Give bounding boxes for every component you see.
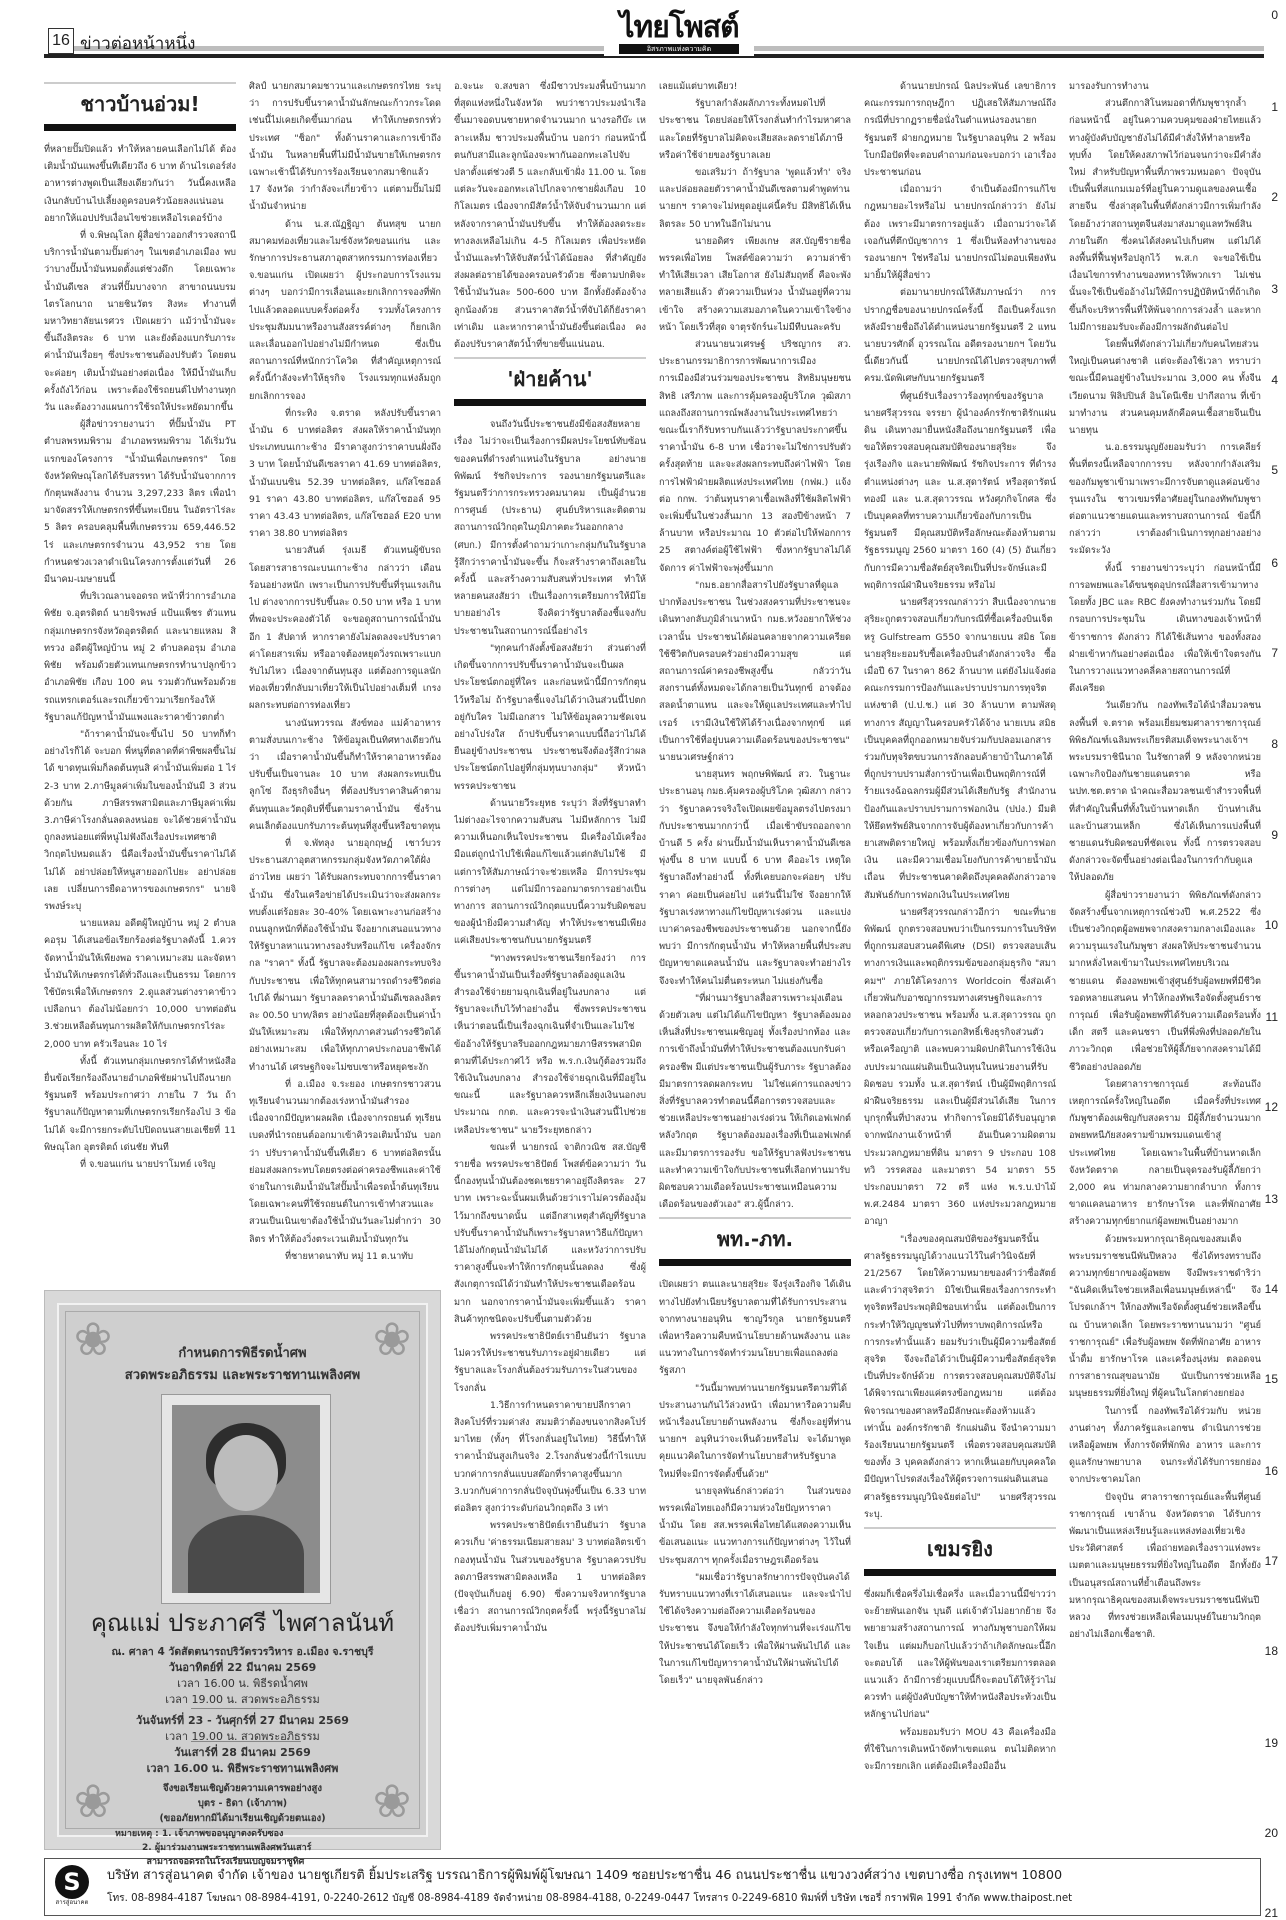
subhead-box: ชาวบ้านอ่วม! [44,82,236,131]
page-line-number: 16 [1265,1464,1278,1478]
page-line-number: 8 [1271,737,1278,751]
page-line-number: 17 [1265,1554,1278,1568]
publisher-contacts: โทร. 08-8984-4187 โฆษณา 08-8984-4191, 0-… [107,1890,1072,1908]
article-paragraph: ด้านนายวีระยุทธ ระบุว่า สิ่งที่รัฐบาลทำไ… [454,795,646,950]
article-body: ศิลป์ นายกสมาคมชาวนาและเกษตรกรไทย ระบุว่… [249,78,441,1265]
article-paragraph: ทั้งนี้ ตัวแทนกลุ่มเกษตรกรได้ทำหนังสือยื… [44,1053,236,1156]
section-title: ข่าวต่อหน้าหนึ่ง [80,30,195,57]
article-paragraph: รัฐบาลกำลังผลักภาระทั้งหมดไปที่ประชาชน โ… [659,95,851,164]
page-line-number: 13 [1265,1192,1278,1206]
publisher-info: บริษัท สารสู่อนาคต จำกัด เจ้าของ นายชูเก… [107,1866,1062,1886]
article-paragraph: ที่กระทิง จ.ตราด หลังปรับขึ้นราคาน้ำมัน … [249,405,441,543]
divider [191,1708,301,1709]
article-paragraph: เลยแม้แต่บาทเดียว! [659,78,851,95]
article-paragraph: "เรื่องของคุณสมบัติของรัฐมนตรีนั้น ศาลรั… [864,1231,1056,1523]
page-line-number: 15 [1265,1372,1278,1386]
column-5: ด้านนายปกรณ์ นิลประพันธ์ เลขาธิการคณะกรร… [864,78,1056,1775]
schedule-day-1: วันอาทิตย์ที่ 22 มีนาคม 2569 เวลา 16.00 … [59,1660,426,1708]
masthead: 16 ข่าวต่อหน้าหนึ่ง ไทยโพสต์ อิสรภาพแห่ง… [44,22,1264,56]
page-line-number: 7 [1271,646,1278,660]
column-2: ศิลป์ นายกสมาคมชาวนาและเกษตรกรไทย ระบุว่… [249,78,441,1265]
article-paragraph: ที่ จ.พัทลุง นายอุกฤษฏ์ เชาว์บวรประธานสภ… [249,835,441,1076]
article-paragraph: ซึ่งผมก็เชื่อครึ่งไม่เชื่อครึ่ง และเมื่อ… [864,1586,1056,1724]
article-body: จนถึงวันนี้ประชาชนยังมีข้อสงสัยหลายเรื่อ… [454,416,646,1637]
page-line-number: 12 [1265,1100,1278,1114]
article-body: ซึ่งผมก็เชื่อครึ่งไม่เชื่อครึ่ง และเมื่อ… [864,1586,1056,1775]
schedule-day-3: วันเสาร์ที่ 28 มีนาคม 2569 เวลา 16.00 น.… [59,1745,426,1777]
article-paragraph: ปัจจุบัน ศาลาราชการุณย์และพื้นที่ศูนย์รา… [1069,1489,1261,1644]
article-paragraph: ที่ชายหาดนาทับ หมู่ 11 ต.นาทับ [249,1248,441,1265]
article-paragraph: โดยศาลาราชการุณย์ สะท้อนถึงเหตุการณ์ครั้… [1069,1076,1261,1231]
column-6: มารองรับการทำงานส่วนตึกกาสิโนหมอดาที่กัม… [1069,78,1261,1643]
article-paragraph: ส่วนตึกกาสิโนหมอดาที่กัมพูชารุกล้ำก่อนหน… [1069,95,1261,336]
article-paragraph: "ทุกคนกำลังตั้งข้อสงสัยว่า ส่วนต่างที่เก… [454,640,646,795]
ad-title: กำหนดการพิธีรดน้ำศพ สวดพระอภิธรรม และพระ… [59,1343,426,1387]
subhead-box: เขมรยิง [864,1527,1056,1576]
page-line-number: 1 [1271,100,1278,114]
page-line-number: 14 [1265,1282,1278,1296]
article-paragraph: นายอดิศร เพียงเกษ สส.บัญชีรายชื่อ พรรคเพ… [659,233,851,336]
subhead-pt-bjt: พท.-ภท. [659,1219,851,1259]
article-paragraph: "ทางพรรคประชาชนเรียกร้องว่า การขึ้นราคาน… [454,950,646,1139]
article-paragraph: "ผมเชื่อว่ารัฐบาลรักษาการปัจจุบันคงได้รั… [659,1569,851,1689]
article-paragraph: ด้วยพระมหากรุณาธิคุณของสมเด็จพระบรมราชชน… [1069,1231,1261,1403]
article-paragraph: ส่วนนายนวเศรษฐ์ ปริชญากร สว. ประธานกรรมา… [659,336,851,577]
s-logo-icon: S [55,1865,89,1899]
page-line-number: 20 [1265,1826,1278,1840]
article-paragraph: นายสุนทร พฤกษพิพัฒน์ สว. ในฐานะประธานอนุ… [659,766,851,990]
page-line-number: 18 [1265,1644,1278,1658]
article-paragraph: "กมธ.อยากสื่อสารไปยังรัฐบาลที่ดูแลปากท้อ… [659,577,851,766]
venue: ณ. ศาลา 4 วัดสัตตนารถปริวัตรวรวิหาร อ.เม… [59,1643,426,1660]
article-paragraph: ที่หลายปั๊มปิดแล้ว ทำให้หลายคนเลือกไม่ได… [44,141,236,227]
article-paragraph: มารองรับการทำงาน [1069,78,1261,95]
article-paragraph: จนถึงวันนี้ประชาชนยังมีข้อสงสัยหลายเรื่อ… [454,416,646,640]
article-paragraph: ขณะที่ นายกรณ์ จาติกวณิช สส.บัญชีรายชื่อ… [454,1139,646,1328]
article-paragraph: "ถ้าราคาน้ำมันจะขึ้นไป 50 บาทก็ทำอย่างไร… [44,726,236,915]
page-line-number: 19 [1265,1736,1278,1750]
article-paragraph: ขอเสริมว่า ถ้ารัฐบาล 'พูดแล้วทำ' จริง แล… [659,164,851,233]
subhead-opposition: 'ฝ่ายค้าน' [454,359,646,399]
portrait-photo [162,1395,330,1603]
article-paragraph: ด้าน น.ส.ณัฏฐิญา ต้นทสุข นายกสมาคมท่องเท… [249,216,441,405]
article-paragraph: ที่ จ.พิษณุโลก ผู้สื่อข่าวออกสำรวจสถานีบ… [44,227,236,416]
article-paragraph: นายวสันต์ รุ่งเมธี ตัวแทนผู้ขับรถโดยสารส… [249,542,441,714]
article-paragraph: อ.จะนะ จ.สงขลา ซึ่งมีชาวประมงพื้นบ้านมาก… [454,78,646,353]
column-4: เลยแม้แต่บาทเดียว!รัฐบาลกำลังผลักภาระทั้… [659,78,851,1689]
page-line-number: 5 [1271,463,1278,477]
article-paragraph: ศิลป์ นายกสมาคมชาวนาและเกษตรกรไทย ระบุว่… [249,78,441,216]
page-line-number: 6 [1271,556,1278,570]
page-line-number: 0 [1271,8,1278,22]
funeral-announcement-ad: ❀ ❀ ❀ ❀ กำหนดการพิธีรดน้ำศพ สวดพระอภิธรร… [44,1290,441,1850]
article-paragraph: ที่ศูนย์รับเรื่องราวร้องทุกข์ของรัฐบาล น… [864,388,1056,594]
column-1: ชาวบ้านอ่วม! ที่หลายปั๊มปิดแล้ว ทำให้หลา… [44,78,236,1173]
invitation-text: จึงขอเรียนเชิญด้วยความเคารพอย่างสูง บุตร… [59,1781,426,1826]
article-paragraph: นายศรีสุวรรณกล่าวอีกว่า ขณะที่นายพิพัฒน์… [864,904,1056,1231]
article-paragraph: ต่อมานายปกรณ์ให้สัมภาษณ์ว่า การปรากฏชื่อ… [864,284,1056,387]
article-paragraph: พร้อมยอมรับว่า MOU 43 คือเครื่องมือที่ใช… [864,1724,1056,1776]
article-body: มารองรับการทำงานส่วนตึกกาสิโนหมอดาที่กัม… [1069,78,1261,1643]
article-paragraph: วันเดียวกัน กองทัพเรือได้นำสื่อมวลชนลงพื… [1069,697,1261,886]
subhead-khmer-shooting: เขมรยิง [864,1529,1056,1569]
deceased-name: คุณแม่ ประภาศรี ไพศาลนันท์ [59,1605,426,1641]
article-body: ด้านนายปกรณ์ นิลประพันธ์ เลขาธิการคณะกรร… [864,78,1056,1523]
page-line-number: 9 [1271,828,1278,842]
article-paragraph: ด้านนายปกรณ์ นิลประพันธ์ เลขาธิการคณะกรร… [864,78,1056,181]
publisher-footer: S สารสู่อนาคต บริษัท สารสู่อนาคต จำกัด เ… [44,1858,1261,1916]
column-3: อ.จะนะ จ.สงขลา ซึ่งมีชาวประมงพื้นบ้านมาก… [454,78,646,1638]
article-paragraph: น.อ.ธรรมนูญยังยอมรับว่า การเคลียร์พื้นที… [1069,439,1261,559]
article-paragraph: พรรคประชาธิปัตย์เรายืนยันว่า รัฐบาลไม่คว… [454,1328,646,1397]
subhead-villagers: ชาวบ้านอ่วม! [44,84,236,124]
article-paragraph: ผู้สื่อข่าวรายงานว่า พิพิธภัณฑ์ดังกล่าวจ… [1069,887,1261,1076]
article-paragraph: ที่ จ.ขอนแก่น นายปราโมทย์ เจริญ [44,1156,236,1173]
page-line-number: 2 [1271,190,1278,204]
article-paragraph: นายแหลม อดีตผู้ใหญ่บ้าน หมู่ 2 ตำบลคอรุม… [44,915,236,1053]
article-paragraph: นายจุลพันธ์กล่าวต่อว่า ในส่วนของพรรคเพื่… [659,1483,851,1569]
article-body: เลยแม้แต่บาทเดียว!รัฐบาลกำลังผลักภาระทั้… [659,78,851,1213]
article-paragraph: โดยพื้นที่ดังกล่าวไม่เกี่ยวกับคนไทยส่วนใ… [1069,336,1261,439]
article-paragraph: ที่บริเวณลานจอดรถ หน้าที่ว่าการอำเภอพิชั… [44,588,236,726]
subhead-box: 'ฝ่ายค้าน' [454,357,646,406]
page-line-number: 21 [1265,1906,1278,1920]
page-number: 16 [48,28,74,54]
thaipost-logo: ไทยโพสต์ อิสรภาพแห่งความคิด [604,12,754,56]
article-paragraph: นายศรีสุวรรณกล่าวว่า สืบเนื่องจากนายสุริ… [864,594,1056,904]
page-line-number: 10 [1265,918,1278,932]
article-paragraph: ผู้สื่อข่าวรายงานว่า ที่ปั๊มน้ำมัน PT ตำ… [44,416,236,588]
article-body: เปิดเผยว่า ตนและนายสุริยะ จึงรุ่งเรืองกิ… [659,1276,851,1689]
article-paragraph: 1.วิธีการกำหนดราคาขายปลีกราคาสิงคโปร์ที่… [454,1397,646,1517]
article-body: ที่หลายปั๊มปิดแล้ว ทำให้หลายคนเลือกไม่ได… [44,141,236,1173]
article-paragraph: เปิดเผยว่า ตนและนายสุริยะ จึงรุ่งเรืองกิ… [659,1276,851,1379]
article-paragraph: ในการนี้ กองทัพเรือได้ร่วมกับ หน่วยงานต่… [1069,1403,1261,1489]
article-paragraph: "วันนี้มาพบท่านนายกรัฐมนตรีตามที่ได้ประส… [659,1380,851,1483]
page-line-number: 4 [1271,373,1278,387]
logo-name: ไทยโพสต์ [604,12,754,44]
newspaper-page: 16 ข่าวต่อหน้าหนึ่ง ไทยโพสต์ อิสรภาพแห่ง… [44,0,1264,1920]
article-paragraph: เมื่อถามว่า จำเป็นต้องมีการแก้ไขกฎหมายอะ… [864,181,1056,284]
article-paragraph: ทั้งนี้ รายงานข่าวระบุว่า ก่อนหน้านี้มีก… [1069,560,1261,698]
page-line-number: 3 [1271,282,1278,296]
page-line-number: 11 [1266,1010,1278,1024]
article-paragraph: พรรคประชาธิปัตย์เรายืนยันว่า รัฐบาลควรเก… [454,1517,646,1637]
article-body: อ.จะนะ จ.สงขลา ซึ่งมีชาวประมงพื้นบ้านมาก… [454,78,646,353]
divider [191,1741,301,1742]
subhead-box: พท.-ภท. [659,1217,851,1266]
article-paragraph: นางนันทวรรณ สังข์ทอง แม่ค้าอาหารตามสั่งบ… [249,715,441,835]
logo-tagline: อิสรภาพแห่งความคิด [619,44,739,54]
article-paragraph: "ที่ผ่านมารัฐบาลสื่อสารเพราะมุ่งเตือนด้ว… [659,990,851,1214]
article-paragraph: ที่ อ.เมือง จ.ระยอง เกษตรกรชาวสวนทุเรียน… [249,1076,441,1248]
publisher-logo: S สารสู่อนาคต [53,1865,91,1909]
